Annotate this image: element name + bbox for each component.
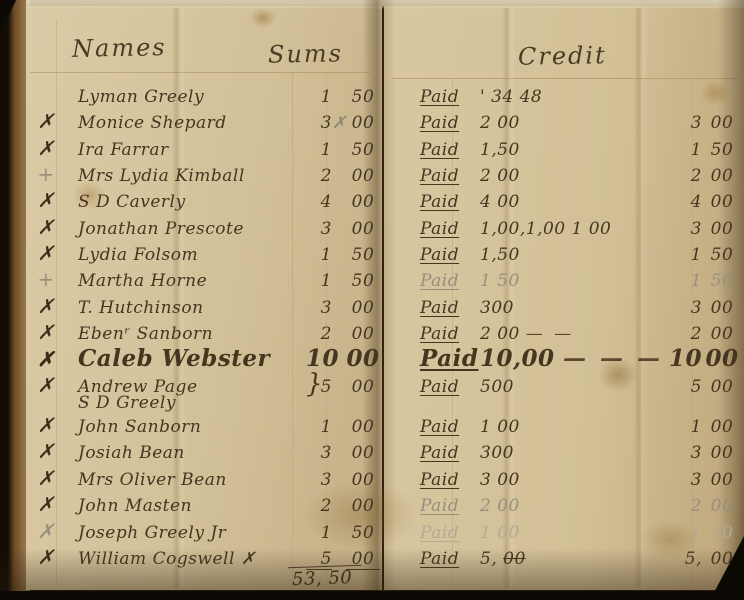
- sums-header: Sums: [268, 39, 343, 68]
- sum-cents: 50: [346, 88, 380, 107]
- paid-check-mark-icon: ✗: [32, 191, 60, 210]
- right-amount-cents: 00: [702, 167, 742, 186]
- paid-check-mark-icon: ✗: [32, 139, 60, 158]
- sum-dollars: 1: [306, 141, 332, 160]
- right-amount-cents: 00: [702, 349, 742, 368]
- paid-label: Paid: [420, 349, 480, 368]
- credit-amount: 1,50: [480, 246, 662, 265]
- ledger-row: + Martha Horne 1 50 Paid 1 50 1 50: [0, 270, 736, 291]
- paid-label: Paid: [420, 272, 480, 291]
- paid-check-mark-icon: +: [32, 270, 60, 289]
- paid-check-mark-icon: ✗: [32, 522, 60, 541]
- right-amount-cents: 50: [702, 246, 742, 265]
- sum-cents: 00: [346, 471, 380, 490]
- ledger-row: ✗ Jonathan Prescote 3 00 Paid 1,00,1,00 …: [0, 218, 736, 239]
- header-rule-left: [30, 72, 370, 73]
- ledger-row: Lyman Greely 1 50 Paid ' 34 48: [0, 88, 736, 107]
- credit-header: Credit: [518, 41, 607, 71]
- header-rule-right: [392, 78, 738, 79]
- sum-dollars: 5: [306, 378, 332, 397]
- paid-check-mark-icon: ✗: [32, 416, 60, 435]
- entry-name: John Masten: [60, 497, 306, 516]
- paid-label: Paid: [420, 193, 480, 212]
- sum-cents: 00: [346, 378, 380, 397]
- ledger-row: ✗ Ebenʳ Sanborn 2 00 Paid 2 00 — — 2 00: [0, 323, 736, 344]
- ledger-scan: Names Sums Credit Lyman Greely 1 50 Paid…: [0, 0, 744, 600]
- paid-label: Paid: [420, 299, 480, 318]
- paid-check-mark-icon: ✗: [32, 323, 60, 342]
- ledger-row: ✗ Lydia Folsom 1 50 Paid 1,50 1 50: [0, 244, 736, 265]
- sum-cents: 00: [346, 497, 380, 516]
- entry-name: William Cogswell ✗: [60, 550, 306, 569]
- sum-dollars: 10: [306, 349, 332, 368]
- right-amount-cents: 00: [702, 220, 742, 239]
- right-amount-cents: 00: [702, 114, 742, 133]
- paid-label: Paid: [420, 88, 480, 107]
- paid-check-mark-icon: ✗: [32, 218, 60, 237]
- entry-name: Josiah Bean: [60, 444, 306, 463]
- sum-cents: 50: [346, 141, 380, 160]
- entry-name: Monice Shepard: [60, 114, 306, 133]
- sum-cents: 00: [346, 349, 380, 368]
- paid-check-mark-icon: ✗: [32, 244, 60, 263]
- sum-dollars: 3: [306, 114, 332, 133]
- paid-check-mark-icon: ✗: [32, 112, 60, 131]
- ledger-row: ✗ Andrew Page S D Greely } 5 00 Paid 500…: [0, 375, 736, 411]
- right-amount-dollars: 1: [662, 246, 702, 265]
- paid-check-mark-icon: ✗: [32, 495, 60, 514]
- ledger-row: + Mrs Lydia Kimball 2 00 Paid 2 00 2 00: [0, 165, 736, 186]
- right-amount-cents: 00: [702, 193, 742, 212]
- right-amount-cents: 50: [702, 141, 742, 160]
- sums-total: 53, 50: [288, 565, 363, 591]
- sum-dollars: 2: [306, 325, 332, 344]
- credit-amount: 2 00 — —: [480, 325, 662, 344]
- ledger-row: ✗ John Sanborn 1 00 Paid 1 00 1 00: [0, 416, 736, 437]
- credit-amount: 1 00: [480, 524, 662, 543]
- right-amount-dollars: 5: [662, 378, 702, 397]
- sum-dollars: 2: [306, 497, 332, 516]
- right-amount-dollars: 10: [662, 349, 702, 368]
- paid-label: Paid: [420, 497, 480, 516]
- right-amount-cents: 00: [702, 418, 742, 437]
- entry-name: Lyman Greely: [60, 88, 306, 107]
- entry-name: T. Hutchinson: [60, 299, 306, 318]
- sum-cents: 50: [346, 272, 380, 291]
- entry-name: John Sanborn: [60, 418, 306, 437]
- ledger-row: ✗ Ira Farrar 1 50 Paid 1,50 1 50: [0, 139, 736, 160]
- right-amount-dollars: 1: [662, 418, 702, 437]
- paid-check-mark-icon: ✗: [32, 548, 60, 567]
- credit-amount: 300: [480, 444, 662, 463]
- right-amount-dollars: 1: [662, 141, 702, 160]
- right-amount-cents: 50: [702, 524, 742, 543]
- sum-dollars: 3: [306, 220, 332, 239]
- entry-name: Ira Farrar: [60, 141, 306, 160]
- right-amount-cents: 00: [702, 444, 742, 463]
- sum-dollars: 3: [306, 471, 332, 490]
- right-amount-dollars: 2: [662, 497, 702, 516]
- sum-cents: 00: [346, 114, 380, 133]
- paid-check-mark-icon: ✗: [32, 297, 60, 316]
- entry-name: Jonathan Prescote: [60, 220, 306, 239]
- entry-name: Lydia Folsom: [60, 246, 306, 265]
- entry-name: Mrs Lydia Kimball: [60, 167, 306, 186]
- right-amount-cents: 50: [702, 272, 742, 291]
- paid-label: Paid: [420, 141, 480, 160]
- sum-dollars: 2: [306, 167, 332, 186]
- right-amount-cents: 00: [702, 299, 742, 318]
- ledger-row: ✗ Caleb Webster 10 00 Paid 10,00 — — — 1…: [0, 349, 736, 369]
- sum-cents: 00: [346, 167, 380, 186]
- paid-label: Paid: [420, 114, 480, 133]
- right-amount-cents: 00: [702, 471, 742, 490]
- ledger-row: ✗ S D Caverly 4 00 Paid 4 00 4 00: [0, 191, 736, 212]
- sum-cents: 00: [346, 325, 380, 344]
- paid-check-mark-icon: ✗: [32, 442, 60, 461]
- entry-name: S D Caverly: [60, 193, 306, 212]
- paid-check-mark-icon: ✗: [32, 469, 60, 488]
- credit-amount: 2 00: [480, 114, 662, 133]
- strike-x-icon: ✗: [332, 114, 346, 133]
- sum-dollars: 4: [306, 193, 332, 212]
- entry-name: Ebenʳ Sanborn: [60, 325, 306, 344]
- paid-label: Paid: [420, 378, 480, 397]
- right-amount-dollars: 3: [662, 114, 702, 133]
- right-amount-dollars: 1: [662, 524, 702, 543]
- paid-label: Paid: [420, 167, 480, 186]
- credit-amount: 2 00: [480, 497, 662, 516]
- photo-corner: [0, 0, 16, 34]
- credit-amount: 2 00: [480, 167, 662, 186]
- sum-dollars: 1: [306, 418, 332, 437]
- sum-cents: 50: [346, 524, 380, 543]
- right-amount-dollars: 2: [662, 167, 702, 186]
- right-amount-dollars: 3: [662, 471, 702, 490]
- credit-amount: 1,00,1,00 1 00: [480, 220, 662, 239]
- right-amount-dollars: 5,: [662, 550, 702, 569]
- ledger-row: ✗ William Cogswell ✗ 5 00 Paid 5, 00 5, …: [0, 548, 736, 570]
- right-amount-dollars: 3: [662, 444, 702, 463]
- sum-dollars: 1: [306, 524, 332, 543]
- paid-label: Paid: [420, 471, 480, 490]
- entry-name: Mrs Oliver Bean: [60, 471, 306, 490]
- paid-label: Paid: [420, 418, 480, 437]
- sum-cents: 00: [346, 299, 380, 318]
- ledger-row: ✗ Joseph Greely Jr 1 50 Paid 1 00 1 50: [0, 522, 736, 543]
- right-amount-cents: 00: [702, 497, 742, 516]
- ledger-row: ✗ John Masten 2 00 Paid 2 00 2 00: [0, 495, 736, 516]
- entry-name: Joseph Greely Jr: [60, 524, 306, 543]
- sum-cents: 00: [346, 220, 380, 239]
- right-amount-dollars: 2: [662, 325, 702, 344]
- sum-dollars: 3: [306, 299, 332, 318]
- ledger-row: ✗ Monice Shepard 3 ✗ 00 Paid 2 00 3 00: [0, 112, 736, 133]
- sum-dollars: 3: [306, 444, 332, 463]
- sum-cents: 00: [346, 193, 380, 212]
- paid-label: Paid: [420, 444, 480, 463]
- entry-name: Andrew Page S D Greely: [60, 379, 306, 411]
- sum-dollars: 1: [306, 88, 332, 107]
- names-header: Names: [72, 33, 167, 63]
- paid-check-mark-icon: ✗: [32, 376, 60, 395]
- right-amount-cents: 00: [702, 550, 742, 569]
- sum-cents: 50: [346, 246, 380, 265]
- ledger-row: ✗ Mrs Oliver Bean 3 00 Paid 3 00 3 00: [0, 469, 736, 490]
- sum-cents: 00: [346, 444, 380, 463]
- paid-check-mark-icon: +: [32, 165, 60, 184]
- entry-name: Caleb Webster: [60, 349, 306, 368]
- credit-amount: 5, 00: [480, 550, 662, 569]
- entry-name: Martha Horne: [60, 272, 306, 291]
- sum-dollars: 1: [306, 272, 332, 291]
- right-amount-dollars: 3: [662, 299, 702, 318]
- paid-label: Paid: [420, 220, 480, 239]
- credit-amount: 300: [480, 299, 662, 318]
- credit-amount: 3 00: [480, 471, 662, 490]
- credit-amount: ' 34 48: [480, 88, 662, 107]
- paid-check-mark-icon: ✗: [32, 350, 60, 369]
- ledger-row: ✗ T. Hutchinson 3 00 Paid 300 3 00: [0, 297, 736, 318]
- right-amount-dollars: 4: [662, 193, 702, 212]
- right-amount-dollars: 3: [662, 220, 702, 239]
- credit-amount: 1 00: [480, 418, 662, 437]
- photo-edge: [0, 591, 744, 600]
- paid-label: Paid: [420, 246, 480, 265]
- sum-dollars: 1: [306, 246, 332, 265]
- right-amount-cents: 00: [702, 378, 742, 397]
- credit-amount: 4 00: [480, 193, 662, 212]
- right-amount-cents: 00: [702, 325, 742, 344]
- sum-cents: 00: [346, 418, 380, 437]
- ledger-row: ✗ Josiah Bean 3 00 Paid 300 3 00: [0, 442, 736, 463]
- credit-amount: 1 50: [480, 272, 662, 291]
- ledger-rows: Lyman Greely 1 50 Paid ' 34 48 ✗ Monice …: [0, 88, 736, 570]
- credit-amount: 10,00 — — —: [480, 349, 662, 368]
- right-amount-dollars: 1: [662, 272, 702, 291]
- paid-label: Paid: [420, 325, 480, 344]
- credit-amount: 1,50: [480, 141, 662, 160]
- credit-amount: 500: [480, 378, 662, 397]
- paid-label: Paid: [420, 524, 480, 543]
- paid-label: Paid: [420, 550, 480, 569]
